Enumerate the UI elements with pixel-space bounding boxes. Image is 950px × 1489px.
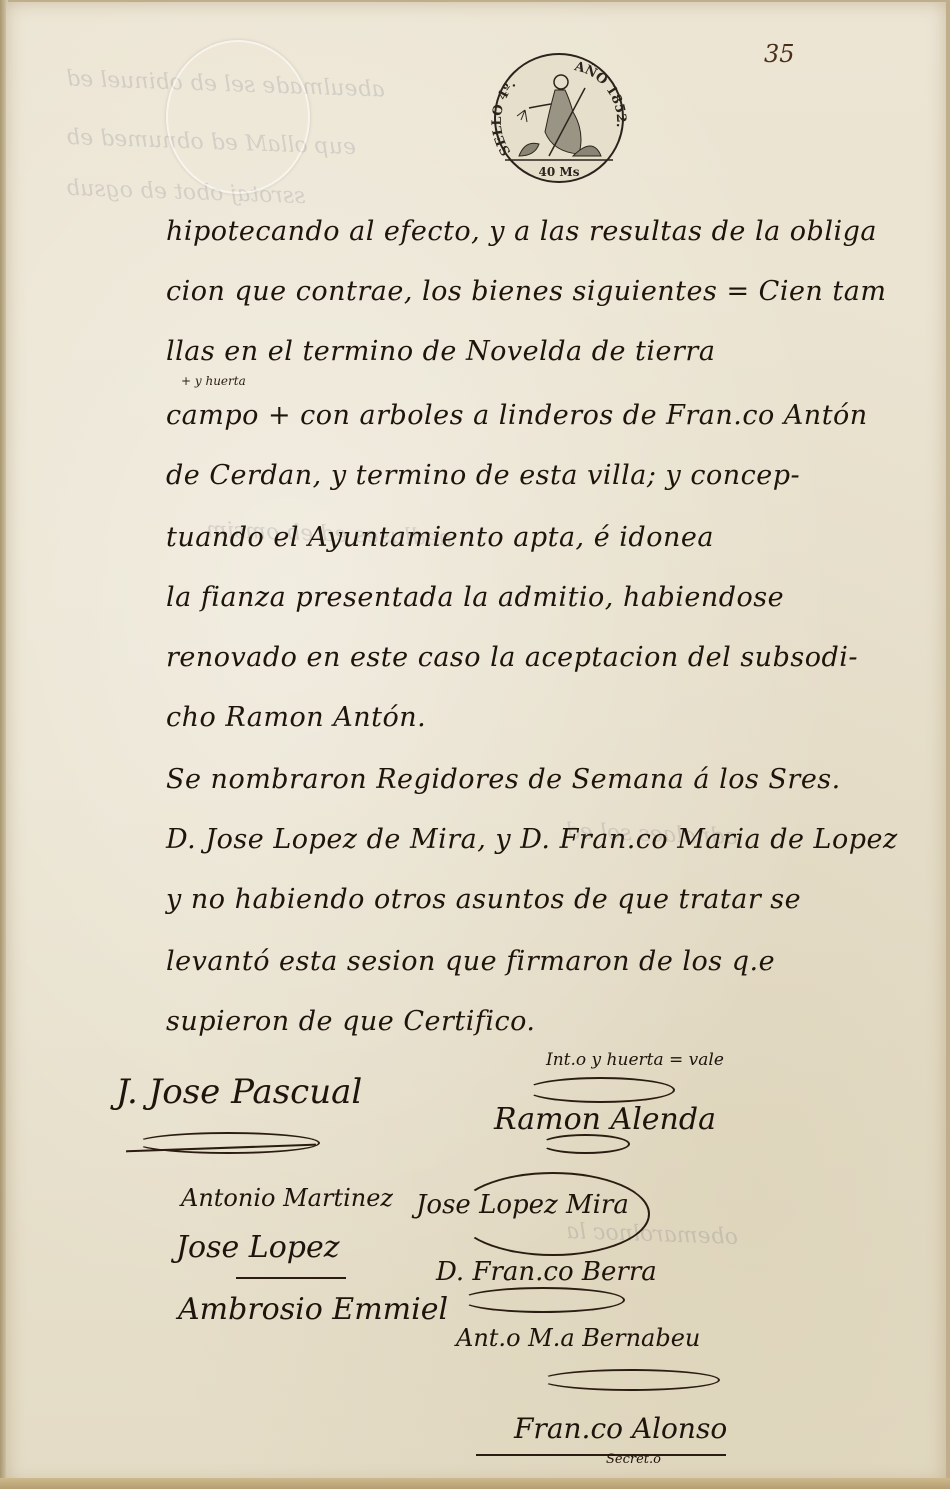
signature-flourish [476,1454,726,1456]
signature-flourish [461,1287,625,1313]
manuscript-line: llas en el termino de Novelda de tierra [166,336,715,367]
manuscript-line: y no habiendo otros asuntos de que trata… [166,884,801,915]
manuscript-line: supieron de que Certifico. [166,1006,536,1037]
svg-text:40 Ms: 40 Ms [539,165,580,179]
manuscript-line: campo + con arboles a linderos de Fran.c… [166,400,868,431]
secretary-title: Secret.o [606,1452,661,1467]
signature-flourish [541,1134,630,1154]
manuscript-line: de Cerdan, y termino de esta villa; y co… [166,460,800,491]
signature: Antonio Martinez [181,1184,393,1212]
manuscript-line: levantó esta sesion que firmaron de los … [166,946,775,977]
manuscript-line: D. Jose Lopez de Mira, y D. Fran.co Mari… [166,824,898,855]
signature: D. Fran.co Berra [436,1257,657,1287]
signature-flourish [526,1077,675,1103]
manuscript-line: tuando el Ayuntamiento apta, é idonea [166,522,714,553]
manuscript-line: la fianza presentada la admitio, habiend… [166,582,784,613]
embossed-seal [166,40,310,194]
manuscript-line: renovado en este caso la aceptacion del … [166,642,858,673]
manuscript-line: hipotecando al efecto, y a las resultas … [166,216,877,247]
signature: Jose Lopez Mira [416,1190,629,1220]
signature: Jose Lopez [176,1230,340,1265]
signature: Fran.co Alonso [514,1412,727,1445]
manuscript-page: abeulmade sel eb obinuel ed eup ollaM ed… [6,2,946,1484]
tax-stamp-seal: SELLO 4º. AÑO 1852. 40 Ms [489,52,629,188]
manuscript-line: Se nombraron Regidores de Semana á los S… [166,764,841,795]
signature: Ramon Alenda [494,1102,716,1137]
page-bottom-edge [0,1478,950,1489]
signature: Ant.o M.a Bernabeu [456,1324,700,1352]
correction-note: Int.o y huerta = vale [546,1050,724,1070]
signature-flourish [136,1132,320,1154]
signature-flourish [236,1277,346,1279]
interlinear-insertion: + y huerta [181,374,246,388]
manuscript-line: cho Ramon Antón. [166,702,426,733]
signature: J. Jose Pascual [116,1072,362,1112]
folio-number: 35 [764,40,795,68]
signature-flourish [541,1369,720,1391]
manuscript-line: cion que contrae, los bienes siguientes … [166,276,886,307]
signature: Ambrosio Emmiel [178,1292,448,1327]
